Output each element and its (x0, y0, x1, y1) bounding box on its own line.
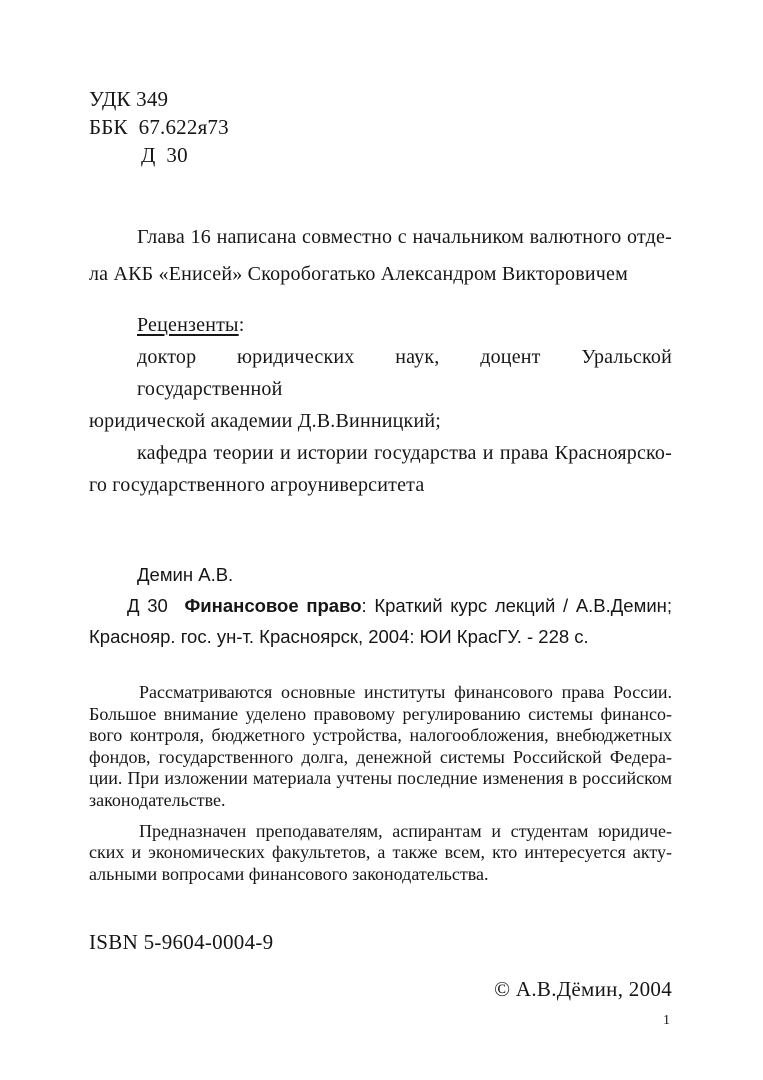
catalog-entry: Демин А.В. Д 30 Финансовое право: Кратки… (89, 559, 672, 652)
catalog-entry-line: Д 30 Финансовое право: Краткий курс лекц… (89, 590, 672, 621)
abstract-line: Предназначен преподавателям, аспирантам … (89, 821, 672, 843)
abstract-line: ции. При изложении материала учтены посл… (89, 768, 672, 790)
reviewers-section: Рецензенты: доктор юридических наук, доц… (89, 309, 672, 501)
page-content: УДК 349 ББК 67.622я73 Д 30 Глава 16 напи… (0, 0, 763, 1002)
abstract-line: вого контроля, бюджетного устройства, на… (89, 725, 672, 747)
bbk-code: ББК 67.622я73 (89, 113, 672, 141)
abstract-line: Рассматриваются основные институты финан… (89, 682, 672, 704)
reviewers-heading: Рецензенты (137, 314, 239, 336)
catalog-description: : Краткий курс лекций / А.В.Демин; (362, 595, 672, 616)
reviewer-line: кафедра теории и истории государства и п… (89, 437, 672, 469)
abstract-line: альными вопросами финансового законодате… (89, 864, 672, 886)
copyright-line: © А.В.Дёмин, 2004 (89, 976, 672, 1002)
book-title: Финансовое право (185, 595, 362, 616)
abstract-line: законодательстве. (89, 790, 672, 812)
book-imprint-page: УДК 349 ББК 67.622я73 Д 30 Глава 16 напи… (0, 0, 763, 1080)
abstract-line: Большое внимание уделено правовому регул… (89, 704, 672, 726)
reviewers-heading-line: Рецензенты: (89, 309, 672, 341)
coauthor-note-line: ла АКБ «Енисей» Скоробогатько Александро… (89, 256, 672, 293)
reviewers-heading-colon: : (239, 314, 245, 336)
catalog-author-line: Демин А.В. (89, 559, 672, 590)
reviewer-line: го государственного агроуниверситета (89, 469, 672, 501)
abstract-line: фондов, государственного долга, денежной… (89, 747, 672, 769)
abstract-paragraph-1: Рассматриваются основные институты финан… (89, 682, 672, 812)
isbn-line: ISBN 5-9604-0004-9 (89, 929, 672, 955)
catalog-imprint-line: Краснояр. гос. ун-т. Красноярск, 2004: Ю… (89, 621, 672, 652)
author-sign-code: Д 30 (89, 141, 672, 169)
coauthor-note: Глава 16 написана совместно с начальнико… (89, 219, 672, 293)
reviewer-line: юридической академии Д.В.Винницкий; (89, 405, 672, 437)
abstract-line: ских и экономических факультетов, а такж… (89, 842, 672, 864)
coauthor-note-line: Глава 16 написана совместно с начальнико… (89, 219, 672, 256)
udk-code: УДК 349 (89, 85, 672, 113)
catalog-code: Д 30 (127, 595, 168, 616)
abstract-paragraph-2: Предназначен преподавателям, аспирантам … (89, 821, 672, 886)
reviewer-line: доктор юридических наук, доцент Уральско… (89, 341, 672, 405)
page-number: 1 (663, 1013, 670, 1029)
classification-block: УДК 349 ББК 67.622я73 Д 30 (89, 85, 672, 169)
